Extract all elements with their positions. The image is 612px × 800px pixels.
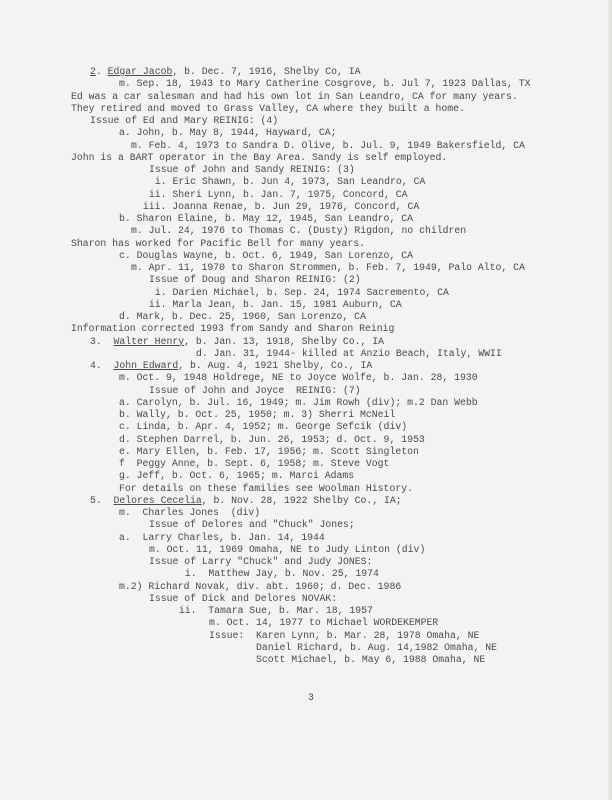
line-text: g. Jeff, b. Oct. 6, 1965; m. Marci Adams — [119, 470, 354, 481]
document-line: Issue of Dick and Delores NOVAK: — [0, 593, 612, 605]
line-text: ii. Tamara Sue, b. Mar. 18, 1957 — [173, 605, 373, 616]
line-text: d. Mark, b. Dec. 25, 1960, San Lorenzo, … — [119, 311, 366, 322]
document-line: m. Apr. 11, 1970 to Sharon Strommen, b. … — [0, 262, 612, 274]
line-text: 4. — [90, 360, 114, 371]
line-text: m. Jul. 24, 1976 to Thomas C. (Dusty) Ri… — [131, 225, 466, 236]
line-text: . — [96, 66, 108, 77]
document-line: m. Oct. 14, 1977 to Michael WORDEKEMPER — [0, 617, 612, 629]
document-line: g. Jeff, b. Oct. 6, 1965; m. Marci Adams — [0, 470, 612, 482]
underlined-name: Edgar Jacob — [108, 66, 173, 77]
line-text: Issue: Karen Lynn, b. Mar. 28, 1978 Omah… — [209, 630, 479, 641]
document-line: i. Eric Shawn, b. Jun 4, 1973, San Leand… — [0, 176, 612, 188]
page-number: 3 — [0, 692, 612, 703]
document-line: They retired and moved to Grass Valley, … — [0, 103, 612, 115]
line-text: m. Sep. 18, 1943 to Mary Catherine Cosgr… — [119, 78, 531, 89]
line-text: Ed was a car salesman and had his own lo… — [71, 91, 518, 102]
document-line: iii. Joanna Renae, b. Jun 29, 1976, Conc… — [0, 201, 612, 213]
document-line: d. Stephen Darrel, b. Jun. 26, 1953; d. … — [0, 434, 612, 446]
line-text: i. Matthew Jay, b. Nov. 25, 1974 — [179, 568, 379, 579]
document-line: Issue of John and Joyce REINIG: (7) — [0, 385, 612, 397]
document-line: c. Linda, b. Apr. 4, 1952; m. George Sef… — [0, 421, 612, 433]
document-line: 5. Delores Cecelia, b. Nov. 28, 1922 She… — [0, 495, 612, 507]
document-line: 2. Edgar Jacob, b. Dec. 7, 1916, Shelby … — [0, 66, 612, 78]
document-line: John is a BART operator in the Bay Area.… — [0, 152, 612, 164]
line-text: ii. Sheri Lynn, b. Jan. 7, 1975, Concord… — [143, 189, 408, 200]
line-text: Issue of Doug and Sharon REINIG: (2) — [149, 274, 361, 285]
line-text: m. Apr. 11, 1970 to Sharon Strommen, b. … — [131, 262, 525, 273]
document-line: For details on these families see Woolma… — [0, 483, 612, 495]
line-text: m.2) Richard Novak, div. abt. 1960; d. D… — [119, 581, 401, 592]
line-text: d. Stephen Darrel, b. Jun. 26, 1953; d. … — [119, 434, 425, 445]
document-line: a. Larry Charles, b. Jan. 14, 1944 — [0, 532, 612, 544]
line-text: c. Douglas Wayne, b. Oct. 6, 1949, San L… — [119, 250, 413, 261]
line-text: iii. Joanna Renae, b. Jun 29, 1976, Conc… — [137, 201, 419, 212]
document-line: Issue: Karen Lynn, b. Mar. 28, 1978 Omah… — [0, 630, 612, 642]
line-text: , b. Aug. 4, 1921 Shelby, Co., IA — [178, 360, 372, 371]
document-line: i. Matthew Jay, b. Nov. 25, 1974 — [0, 568, 612, 580]
document-line: Ed was a car salesman and had his own lo… — [0, 91, 612, 103]
document-line: m. Oct. 9, 1948 Holdrege, NE to Joyce Wo… — [0, 372, 612, 384]
document-line: Sharon has worked for Pacific Bell for m… — [0, 238, 612, 250]
line-text: Issue of Larry "Chuck" and Judy JONES: — [149, 556, 372, 567]
document-line: a. Carolyn, b. Jul. 16, 1949; m. Jim Row… — [0, 397, 612, 409]
document-line: f Peggy Anne, b. Sept. 6, 1958; m. Steve… — [0, 458, 612, 470]
line-text: c. Linda, b. Apr. 4, 1952; m. George Sef… — [119, 421, 407, 432]
line-text: Issue of John and Sandy REINIG: (3) — [149, 164, 355, 175]
document-line: ii. Marla Jean, b. Jan. 15, 1981 Auburn,… — [0, 299, 612, 311]
document-line: i. Darien Michael, b. Sep. 24, 1974 Sacr… — [0, 287, 612, 299]
document-line: m. Charles Jones (div) — [0, 507, 612, 519]
document-line: ii. Sheri Lynn, b. Jan. 7, 1975, Concord… — [0, 189, 612, 201]
document-line: Issue of Delores and "Chuck" Jones; — [0, 519, 612, 531]
document-line: m. Jul. 24, 1976 to Thomas C. (Dusty) Ri… — [0, 225, 612, 237]
underlined-name: John Edward — [114, 360, 179, 371]
line-text: Information corrected 1993 from Sandy an… — [71, 323, 394, 334]
document-line: b. Sharon Elaine, b. May 12, 1945, San L… — [0, 213, 612, 225]
document-line: Information corrected 1993 from Sandy an… — [0, 323, 612, 335]
line-text: Sharon has worked for Pacific Bell for m… — [71, 238, 365, 249]
document-line: 4. John Edward, b. Aug. 4, 1921 Shelby, … — [0, 360, 612, 372]
line-text: b. Sharon Elaine, b. May 12, 1945, San L… — [119, 213, 413, 224]
line-text: m. Oct. 11, 1969 Omaha, NE to Judy Linto… — [149, 544, 425, 555]
line-text: i. Darien Michael, b. Sep. 24, 1974 Sacr… — [149, 287, 449, 298]
line-text: , b. Nov. 28, 1922 Shelby Co., IA; — [202, 495, 402, 506]
line-text: Daniel Richard, b. Aug. 14,1982 Omaha, N… — [256, 642, 497, 653]
line-text: John is a BART operator in the Bay Area.… — [71, 152, 447, 163]
line-text: m. Feb. 4, 1973 to Sandra D. Olive, b. J… — [131, 140, 525, 151]
document-line: Issue of Ed and Mary REINIG: (4) — [0, 115, 612, 127]
line-text: e. Mary Ellen, b. Feb. 17, 1956; m. Scot… — [119, 446, 419, 457]
line-text: They retired and moved to Grass Valley, … — [71, 103, 465, 114]
line-text: , b. Dec. 7, 1916, Shelby Co, IA — [172, 66, 360, 77]
line-text: m. Oct. 9, 1948 Holdrege, NE to Joyce Wo… — [119, 372, 478, 383]
line-text: 3. — [90, 336, 114, 347]
line-text: f Peggy Anne, b. Sept. 6, 1958; m. Steve… — [119, 458, 389, 469]
document-line: a. John, b. May 8, 1944, Hayward, CA; — [0, 127, 612, 139]
document-line: Daniel Richard, b. Aug. 14,1982 Omaha, N… — [0, 642, 612, 654]
document-line: e. Mary Ellen, b. Feb. 17, 1956; m. Scot… — [0, 446, 612, 458]
line-text: m. Charles Jones (div) — [119, 507, 260, 518]
line-text: Issue of Ed and Mary REINIG: (4) — [90, 115, 278, 126]
document-line: b. Wally, b. Oct. 25, 1950; m. 3) Sherri… — [0, 409, 612, 421]
document-line: m.2) Richard Novak, div. abt. 1960; d. D… — [0, 581, 612, 593]
document-line: m. Feb. 4, 1973 to Sandra D. Olive, b. J… — [0, 140, 612, 152]
document-line: d. Jan. 31, 1944- killed at Anzio Beach,… — [0, 348, 612, 360]
document-line: Scott Michael, b. May 6, 1988 Omaha, NE — [0, 654, 612, 666]
line-text: ii. Marla Jean, b. Jan. 15, 1981 Auburn,… — [143, 299, 402, 310]
document-line: Issue of John and Sandy REINIG: (3) — [0, 164, 612, 176]
line-text: b. Wally, b. Oct. 25, 1950; m. 3) Sherri… — [119, 409, 395, 420]
line-text: 5. — [90, 495, 114, 506]
document-line: ii. Tamara Sue, b. Mar. 18, 1957 — [0, 605, 612, 617]
document-line: Issue of Doug and Sharon REINIG: (2) — [0, 274, 612, 286]
line-text: , b. Jan. 13, 1918, Shelby Co., IA — [184, 336, 384, 347]
line-text: Issue of John and Joyce REINIG: (7) — [149, 385, 361, 396]
line-text: a. Larry Charles, b. Jan. 14, 1944 — [119, 532, 325, 543]
line-text: Issue of Dick and Delores NOVAK: — [149, 593, 337, 604]
underlined-name: Delores Cecelia — [114, 495, 202, 506]
line-text: i. Eric Shawn, b. Jun 4, 1973, San Leand… — [149, 176, 425, 187]
document-line: Issue of Larry "Chuck" and Judy JONES: — [0, 556, 612, 568]
line-text: For details on these families see Woolma… — [119, 483, 413, 494]
genealogy-document-body: 2. Edgar Jacob, b. Dec. 7, 1916, Shelby … — [0, 66, 612, 666]
line-text: d. Jan. 31, 1944- killed at Anzio Beach,… — [196, 348, 502, 359]
document-line: m. Sep. 18, 1943 to Mary Catherine Cosgr… — [0, 78, 612, 90]
document-line: c. Douglas Wayne, b. Oct. 6, 1949, San L… — [0, 250, 612, 262]
line-text: m. Oct. 14, 1977 to Michael WORDEKEMPER — [209, 617, 438, 628]
line-text: Scott Michael, b. May 6, 1988 Omaha, NE — [256, 654, 485, 665]
line-text: a. John, b. May 8, 1944, Hayward, CA; — [119, 127, 337, 138]
line-text: Issue of Delores and "Chuck" Jones; — [149, 519, 355, 530]
line-text: a. Carolyn, b. Jul. 16, 1949; m. Jim Row… — [119, 397, 478, 408]
document-line: m. Oct. 11, 1969 Omaha, NE to Judy Linto… — [0, 544, 612, 556]
document-line: d. Mark, b. Dec. 25, 1960, San Lorenzo, … — [0, 311, 612, 323]
document-line: 3. Walter Henry, b. Jan. 13, 1918, Shelb… — [0, 336, 612, 348]
underlined-name: Walter Henry — [114, 336, 185, 347]
